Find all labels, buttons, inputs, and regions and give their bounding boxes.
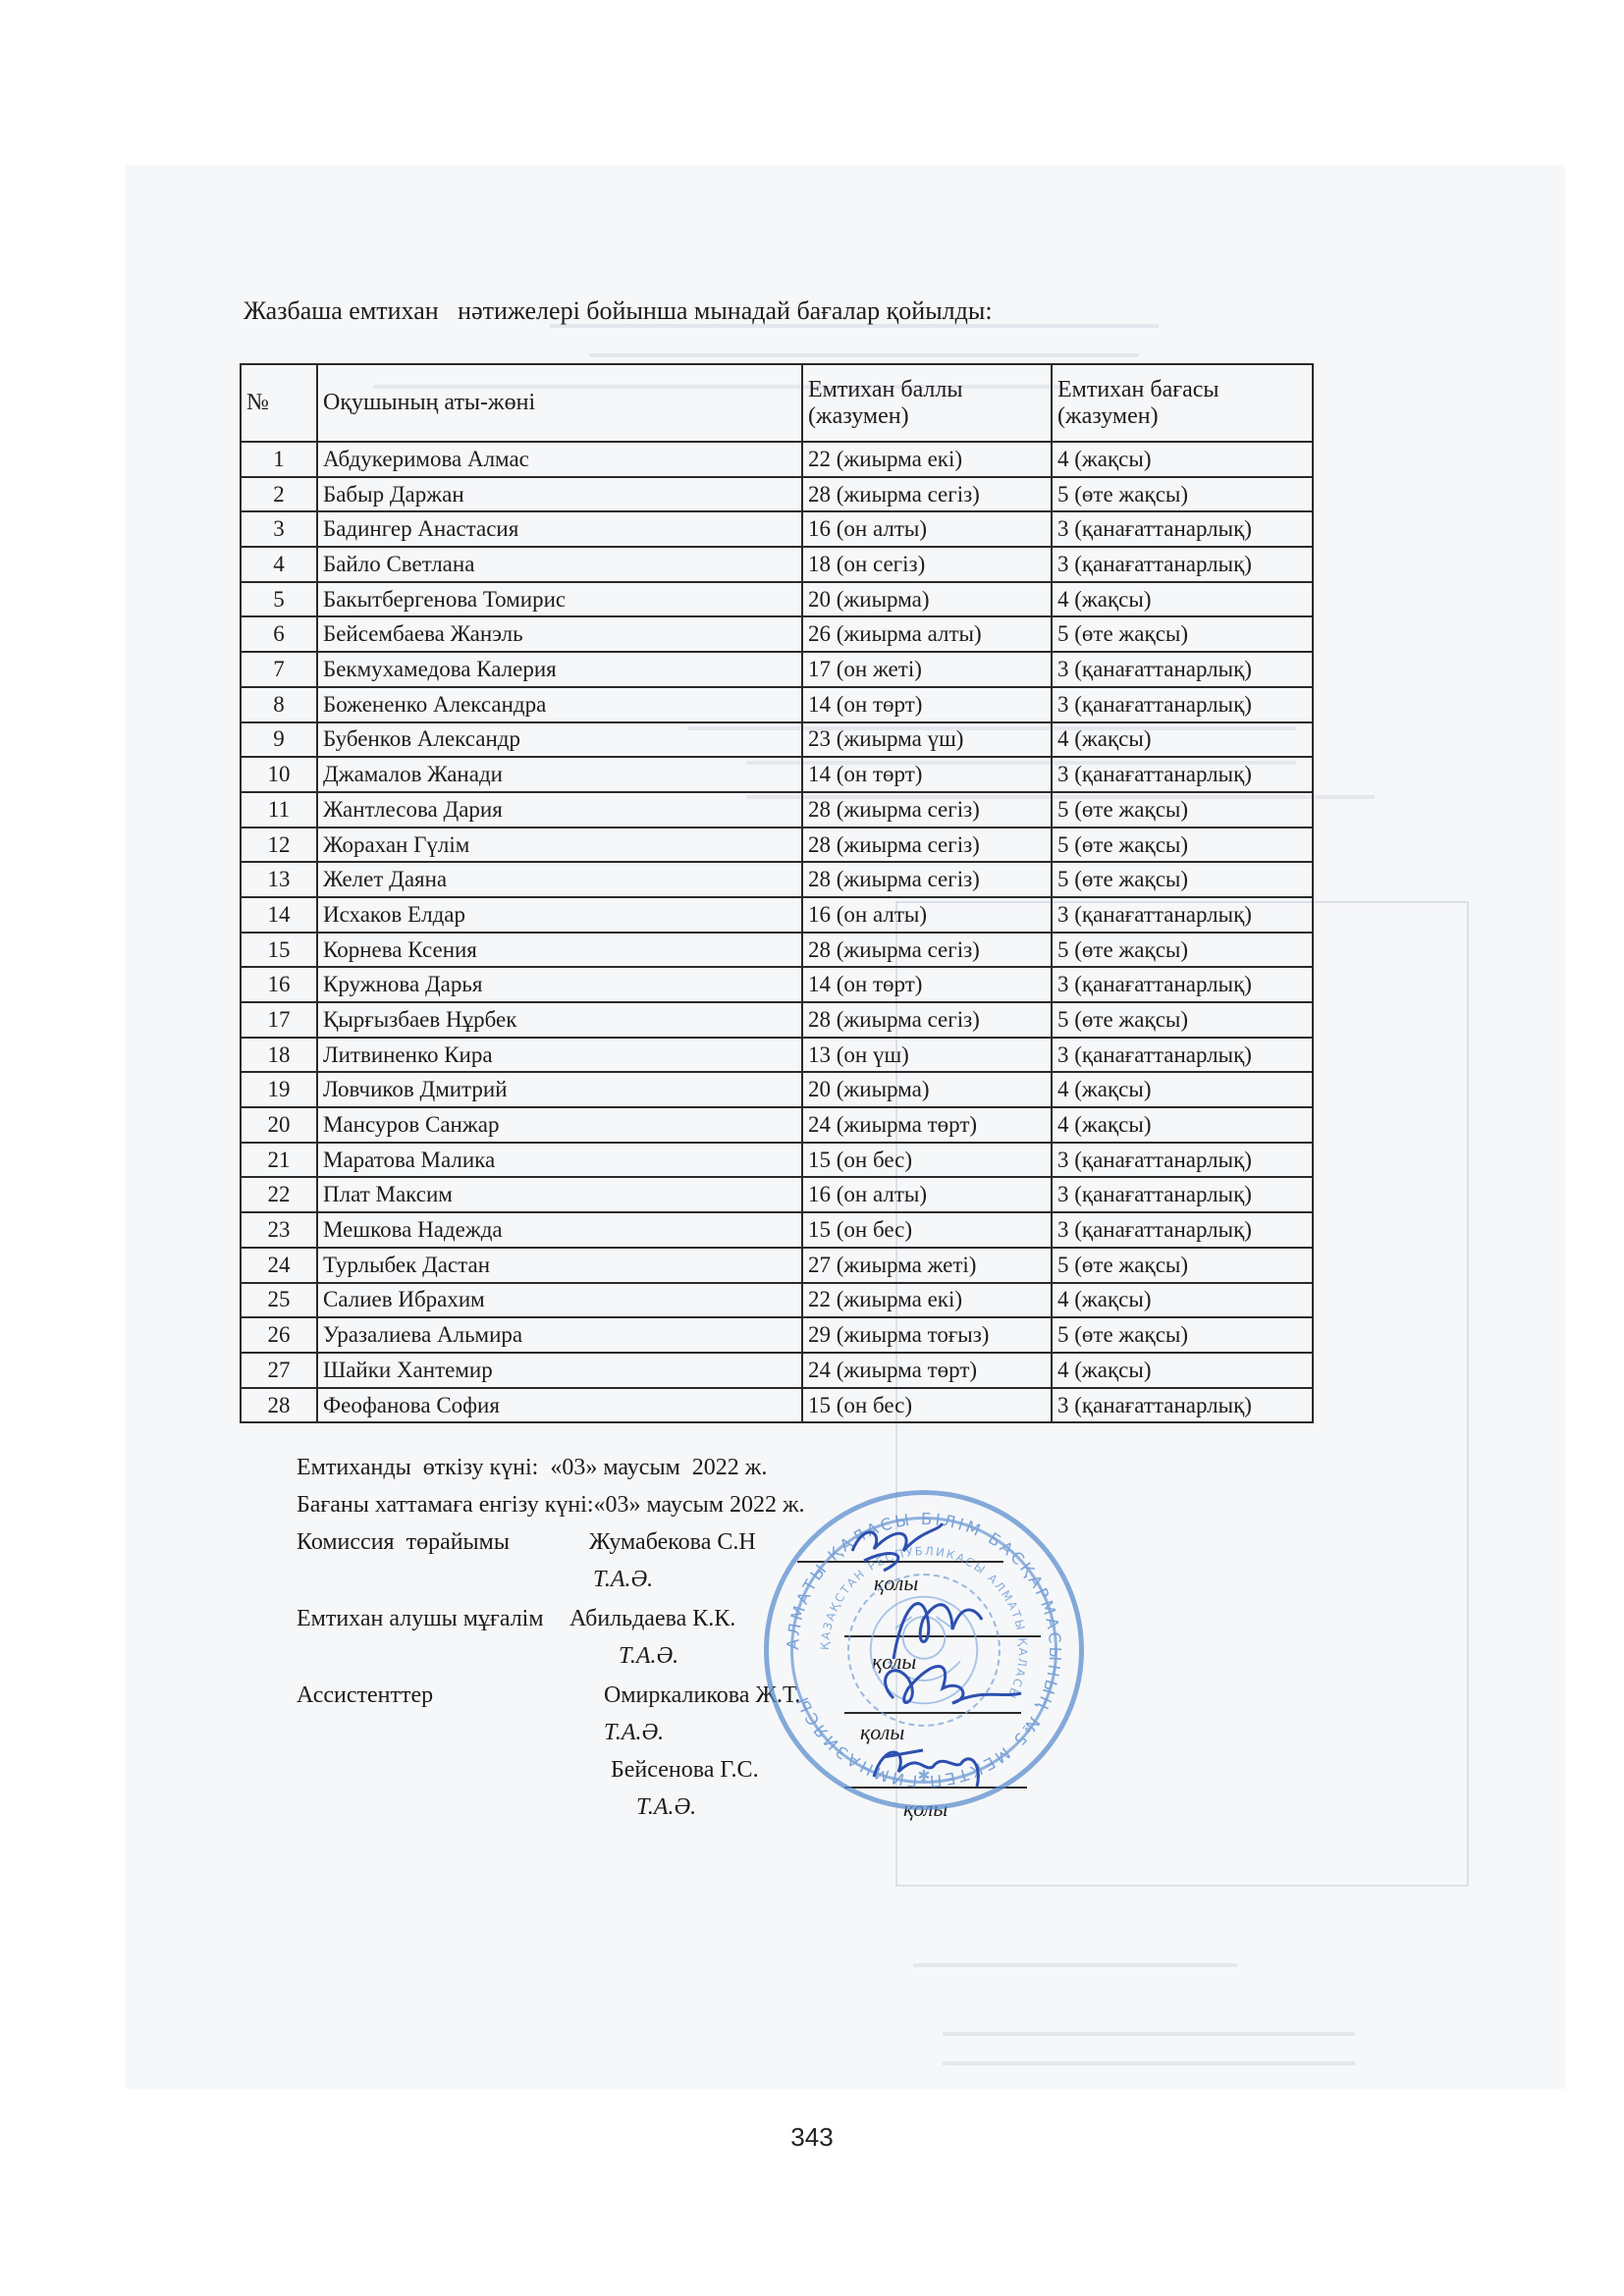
exam-score-cell: 15 (он бес)	[802, 1388, 1052, 1423]
student-name-cell: Бейсембаева Жанэль	[317, 616, 802, 652]
exam-grade-cell: 3 (қанағаттанарлық)	[1052, 652, 1313, 687]
header-exam-grade-line2: (жазумен)	[1057, 403, 1307, 430]
chair-name-caption: Т.А.Ә.	[593, 1567, 653, 1593]
student-name-cell: Шайки Хантемир	[317, 1353, 802, 1388]
table-row: 15Корнева Ксения28 (жиырма сегіз)5 (өте …	[241, 933, 1313, 968]
exam-score-cell: 23 (жиырма үш)	[802, 722, 1052, 758]
exam-grade-cell: 3 (қанағаттанарлық)	[1052, 1143, 1313, 1178]
table-row: 12Жорахан Гүлім28 (жиырма сегіз)5 (өте ж…	[241, 828, 1313, 863]
exam-grade-cell: 3 (қанағаттанарлық)	[1052, 1038, 1313, 1073]
table-row: 5Бакытбергенова Томирис20 (жиырма)4 (жақ…	[241, 582, 1313, 617]
exam-grade-cell: 4 (жақсы)	[1052, 582, 1313, 617]
table-row: 4Байло Светлана18 (он сегіз)3 (қанағатта…	[241, 547, 1313, 582]
table-row: 2Бабыр Даржан28 (жиырма сегіз)5 (өте жақ…	[241, 477, 1313, 512]
student-name-cell: Уразалиева Альмира	[317, 1317, 802, 1353]
exam-score-cell: 20 (жиырма)	[802, 1072, 1052, 1107]
exam-grade-cell: 3 (қанағаттанарлық)	[1052, 1212, 1313, 1248]
student-name-cell: Мешкова Надежда	[317, 1212, 802, 1248]
row-number-cell: 18	[241, 1038, 317, 1073]
student-name-cell: Салиев Ибрахим	[317, 1283, 802, 1318]
header-exam-score-line2: (жазумен)	[808, 403, 1046, 430]
student-name-cell: Байло Светлана	[317, 547, 802, 582]
exam-score-cell: 18 (он сегіз)	[802, 547, 1052, 582]
table-row: 11Жантлесова Дария28 (жиырма сегіз)5 (өт…	[241, 792, 1313, 828]
assistant1-name-caption: Т.А.Ә.	[604, 1720, 664, 1746]
table-row: 24Турлыбек Дастан27 (жиырма жеті)5 (өте …	[241, 1248, 1313, 1283]
exam-score-cell: 28 (жиырма сегіз)	[802, 862, 1052, 897]
table-row: 16Кружнова Дарья14 (он төрт)3 (қанағатта…	[241, 967, 1313, 1002]
exam-grade-cell: 3 (қанағаттанарлық)	[1052, 1177, 1313, 1212]
exam-grade-cell: 5 (өте жақсы)	[1052, 1248, 1313, 1283]
exam-score-cell: 14 (он төрт)	[802, 967, 1052, 1002]
exam-grade-cell: 3 (қанағаттанарлық)	[1052, 511, 1313, 547]
table-row: 27Шайки Хантемир24 (жиырма төрт)4 (жақсы…	[241, 1353, 1313, 1388]
chair-name: Жумабекова С.Н	[589, 1529, 756, 1556]
header-exam-score: Емтихан баллы (жазумен)	[802, 364, 1052, 442]
exam-score-cell: 28 (жиырма сегіз)	[802, 477, 1052, 512]
row-number-cell: 26	[241, 1317, 317, 1353]
exam-score-cell: 22 (жиырма екі)	[802, 1283, 1052, 1318]
teacher-role: Емтихан алушы мұғалім	[297, 1606, 544, 1632]
exam-score-cell: 16 (он алты)	[802, 1177, 1052, 1212]
row-number-cell: 9	[241, 722, 317, 758]
exam-grade-cell: 4 (жақсы)	[1052, 1283, 1313, 1318]
exam-score-cell: 14 (он төрт)	[802, 757, 1052, 792]
row-number-cell: 4	[241, 547, 317, 582]
student-name-cell: Кружнова Дарья	[317, 967, 802, 1002]
row-number-cell: 5	[241, 582, 317, 617]
exam-grade-cell: 5 (өте жақсы)	[1052, 1317, 1313, 1353]
student-name-cell: Бабыр Даржан	[317, 477, 802, 512]
table-row: 1Абдукеримова Алмас22 (жиырма екі)4 (жақ…	[241, 442, 1313, 477]
row-number-cell: 3	[241, 511, 317, 547]
exam-score-cell: 13 (он үш)	[802, 1038, 1052, 1073]
student-name-cell: Бакытбергенова Томирис	[317, 582, 802, 617]
exam-grade-cell: 4 (жақсы)	[1052, 1107, 1313, 1143]
teacher-name: Абильдаева К.К.	[569, 1606, 735, 1632]
grades-table-body: 1Абдукеримова Алмас22 (жиырма екі)4 (жақ…	[241, 442, 1313, 1422]
table-row: 21Маратова Малика15 (он бес)3 (қанағатта…	[241, 1143, 1313, 1178]
row-number-cell: 25	[241, 1283, 317, 1318]
student-name-cell: Литвиненко Кира	[317, 1038, 802, 1073]
exam-grade-cell: 3 (қанағаттанарлық)	[1052, 897, 1313, 933]
exam-score-cell: 27 (жиырма жеті)	[802, 1248, 1052, 1283]
table-row: 20Мансуров Санжар24 (жиырма төрт)4 (жақс…	[241, 1107, 1313, 1143]
exam-score-cell: 22 (жиырма екі)	[802, 442, 1052, 477]
row-number-cell: 21	[241, 1143, 317, 1178]
header-exam-grade-line1: Емтихан бағасы	[1057, 377, 1307, 403]
assistants-role: Ассистенттер	[297, 1682, 433, 1709]
header-exam-grade: Емтихан бағасы (жазумен)	[1052, 364, 1313, 442]
student-name-cell: Божененко Александра	[317, 687, 802, 722]
row-number-cell: 20	[241, 1107, 317, 1143]
table-row: 18Литвиненко Кира13 (он үш)3 (қанағаттан…	[241, 1038, 1313, 1073]
student-name-cell: Турлыбек Дастан	[317, 1248, 802, 1283]
student-name-cell: Бекмухамедова Калерия	[317, 652, 802, 687]
assistant2-name-caption: Т.А.Ә.	[636, 1794, 696, 1821]
table-row: 28Феофанова София15 (он бес)3 (қанағатта…	[241, 1388, 1313, 1423]
student-name-cell: Бубенков Александр	[317, 722, 802, 758]
exam-grade-cell: 4 (жақсы)	[1052, 722, 1313, 758]
assistant2-signature-icon	[864, 1733, 992, 1801]
exam-grade-cell: 5 (өте жақсы)	[1052, 792, 1313, 828]
student-name-cell: Бадингер Анастасия	[317, 511, 802, 547]
student-name-cell: Маратова Малика	[317, 1143, 802, 1178]
student-name-cell: Жорахан Гүлім	[317, 828, 802, 863]
student-name-cell: Мансуров Санжар	[317, 1107, 802, 1143]
exam-score-cell: 14 (он төрт)	[802, 687, 1052, 722]
exam-score-cell: 28 (жиырма сегіз)	[802, 933, 1052, 968]
exam-grade-cell: 5 (өте жақсы)	[1052, 828, 1313, 863]
exam-score-cell: 16 (он алты)	[802, 897, 1052, 933]
student-name-cell: Ловчиков Дмитрий	[317, 1072, 802, 1107]
table-row: 23Мешкова Надежда15 (он бес)3 (қанағатта…	[241, 1212, 1313, 1248]
table-row: 19Ловчиков Дмитрий20 (жиырма)4 (жақсы)	[241, 1072, 1313, 1107]
row-number-cell: 8	[241, 687, 317, 722]
row-number-cell: 7	[241, 652, 317, 687]
table-row: 6Бейсембаева Жанэль26 (жиырма алты)5 (өт…	[241, 616, 1313, 652]
exam-score-cell: 26 (жиырма алты)	[802, 616, 1052, 652]
row-number-cell: 2	[241, 477, 317, 512]
row-number-cell: 19	[241, 1072, 317, 1107]
entry-date: Бағаны хаттамаға енгізу күні:«03» маусым…	[297, 1492, 805, 1519]
table-row: 9Бубенков Александр23 (жиырма үш)4 (жақс…	[241, 722, 1313, 758]
table-row: 13Желет Даяна28 (жиырма сегіз)5 (өте жақ…	[241, 862, 1313, 897]
table-row: 14Исхаков Елдар16 (он алты)3 (қанағаттан…	[241, 897, 1313, 933]
student-name-cell: Абдукеримова Алмас	[317, 442, 802, 477]
row-number-cell: 6	[241, 616, 317, 652]
exam-grade-cell: 4 (жақсы)	[1052, 1072, 1313, 1107]
exam-grade-cell: 5 (өте жақсы)	[1052, 477, 1313, 512]
student-name-cell: Корнева Ксения	[317, 933, 802, 968]
row-number-cell: 11	[241, 792, 317, 828]
table-row: 10Джамалов Жанади14 (он төрт)3 (қанағатт…	[241, 757, 1313, 792]
row-number-cell: 13	[241, 862, 317, 897]
exam-grade-cell: 5 (өте жақсы)	[1052, 616, 1313, 652]
row-number-cell: 15	[241, 933, 317, 968]
row-number-cell: 17	[241, 1002, 317, 1038]
row-number-cell: 23	[241, 1212, 317, 1248]
row-number-cell: 28	[241, 1388, 317, 1423]
intro-text: Жазбаша емтихан нәтижелері бойынша мынад…	[244, 296, 993, 326]
exam-score-cell: 17 (он жеті)	[802, 652, 1052, 687]
exam-score-cell: 28 (жиырма сегіз)	[802, 828, 1052, 863]
grades-table: № Оқушының аты-жөні Емтихан баллы (жазум…	[240, 363, 1314, 1423]
exam-grade-cell: 3 (қанағаттанарлық)	[1052, 967, 1313, 1002]
exam-grade-cell: 3 (қанағаттанарлық)	[1052, 757, 1313, 792]
student-name-cell: Исхаков Елдар	[317, 897, 802, 933]
exam-score-cell: 16 (он алты)	[802, 511, 1052, 547]
row-number-cell: 14	[241, 897, 317, 933]
exam-score-cell: 15 (он бес)	[802, 1212, 1052, 1248]
row-number-cell: 24	[241, 1248, 317, 1283]
assistant2-name: Бейсенова Г.С.	[611, 1757, 759, 1784]
row-number-cell: 1	[241, 442, 317, 477]
exam-grade-cell: 4 (жақсы)	[1052, 1353, 1313, 1388]
table-header-row: № Оқушының аты-жөні Емтихан баллы (жазум…	[241, 364, 1313, 442]
table-row: 7Бекмухамедова Калерия17 (он жеті)3 (қан…	[241, 652, 1313, 687]
exam-grade-cell: 3 (қанағаттанарлық)	[1052, 687, 1313, 722]
table-row: 8Божененко Александра14 (он төрт)3 (қана…	[241, 687, 1313, 722]
exam-score-cell: 29 (жиырма тоғыз)	[802, 1317, 1052, 1353]
chair-role: Комиссия төрайымы	[297, 1529, 510, 1556]
row-number-cell: 16	[241, 967, 317, 1002]
student-name-cell: Джамалов Жанади	[317, 757, 802, 792]
header-exam-score-line1: Емтихан баллы	[808, 377, 1046, 403]
exam-grade-cell: 5 (өте жақсы)	[1052, 1002, 1313, 1038]
row-number-cell: 22	[241, 1177, 317, 1212]
exam-grade-cell: 3 (қанағаттанарлық)	[1052, 547, 1313, 582]
teacher-name-caption: Т.А.Ә.	[619, 1643, 678, 1670]
exam-grade-cell: 4 (жақсы)	[1052, 442, 1313, 477]
exam-date: Емтиханды өткізу күні: «03» маусым 2022 …	[297, 1455, 767, 1481]
exam-score-cell: 15 (он бес)	[802, 1143, 1052, 1178]
student-name-cell: Плат Максим	[317, 1177, 802, 1212]
exam-grade-cell: 3 (қанағаттанарлық)	[1052, 1388, 1313, 1423]
student-name-cell: Желет Даяна	[317, 862, 802, 897]
table-row: 25Салиев Ибрахим22 (жиырма екі)4 (жақсы)	[241, 1283, 1313, 1318]
table-row: 22Плат Максим16 (он алты)3 (қанағаттанар…	[241, 1177, 1313, 1212]
student-name-cell: Қырғызбаев Нұрбек	[317, 1002, 802, 1038]
table-row: 26Уразалиева Альмира29 (жиырма тоғыз)5 (…	[241, 1317, 1313, 1353]
table-row: 17Қырғызбаев Нұрбек28 (жиырма сегіз)5 (ө…	[241, 1002, 1313, 1038]
exam-score-cell: 24 (жиырма төрт)	[802, 1107, 1052, 1143]
exam-score-cell: 20 (жиырма)	[802, 582, 1052, 617]
header-student-name: Оқушының аты-жөні	[317, 364, 802, 442]
exam-score-cell: 24 (жиырма төрт)	[802, 1353, 1052, 1388]
chair-signature-icon	[844, 1512, 952, 1580]
exam-grade-cell: 5 (өте жақсы)	[1052, 862, 1313, 897]
exam-grade-cell: 5 (өте жақсы)	[1052, 933, 1313, 968]
student-name-cell: Жантлесова Дария	[317, 792, 802, 828]
student-name-cell: Феофанова София	[317, 1388, 802, 1423]
exam-score-cell: 28 (жиырма сегіз)	[802, 792, 1052, 828]
row-number-cell: 27	[241, 1353, 317, 1388]
table-row: 3Бадингер Анастасия16 (он алты)3 (қанаға…	[241, 511, 1313, 547]
row-number-cell: 12	[241, 828, 317, 863]
page-number: 343	[0, 2122, 1624, 2153]
exam-score-cell: 28 (жиырма сегіз)	[802, 1002, 1052, 1038]
row-number-cell: 10	[241, 757, 317, 792]
assistant1-signature-icon	[864, 1649, 1031, 1728]
header-number: №	[241, 364, 317, 442]
